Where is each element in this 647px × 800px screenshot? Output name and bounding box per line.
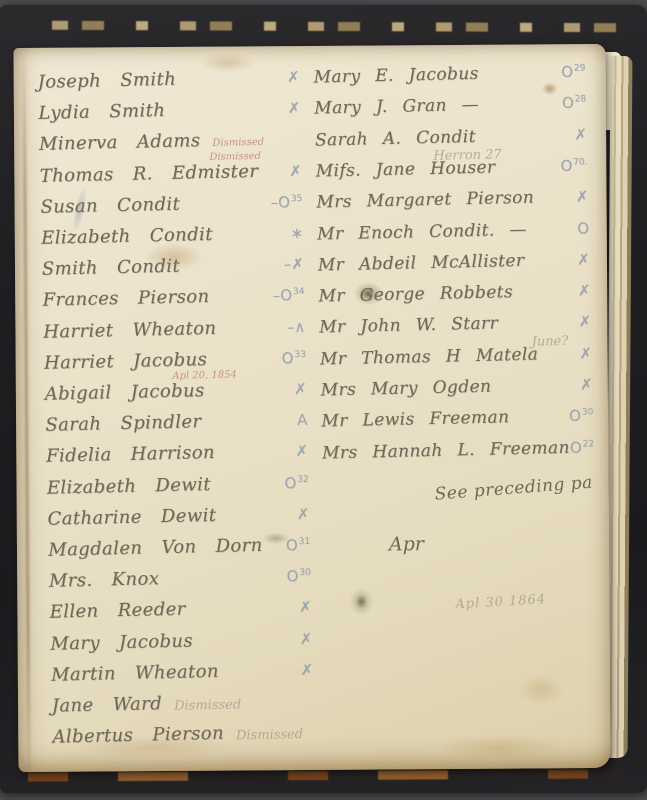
tally-mark: ✗ [579, 344, 592, 362]
person-name: Mary J. Gran — [314, 95, 479, 119]
register-row: Mr Abdeil McAllister✗ [318, 249, 591, 282]
register-row: Mifs. Jane HouserHerron 27O70. [315, 155, 588, 188]
person-name: Mrs Mary Ogden [320, 377, 491, 401]
person-name: Mr Thomas H Matela [320, 344, 539, 369]
tally-mark: O29 [561, 62, 586, 81]
person-name: Mr George Robbets [318, 282, 513, 306]
tally-mark: O22 [570, 438, 595, 457]
register-row: Mrs Margaret Pierson✗ [316, 187, 589, 220]
person-name: Mr John W. Starr [319, 314, 498, 338]
person-name: Mary E. Jacobus [313, 64, 479, 88]
register-page: Joseph Smith✗Lydia Smith✗Minerva AdamsDi… [13, 44, 610, 772]
tally-mark: ✗ [576, 188, 589, 206]
register-row: Mr Thomas H MatelaJune?✗ [320, 343, 593, 376]
worn-gilt-top-edge [52, 21, 625, 33]
tally-mark: O70. [560, 156, 588, 175]
tally-mark: ✗ [578, 281, 591, 299]
register-row: Mrs Hannah L. FreemanO22 [322, 437, 595, 470]
tally-mark: O30 [569, 407, 594, 426]
apr-note: Apr [389, 533, 424, 555]
tally-mark: ✗ [577, 250, 590, 268]
person-name: Mr Enoch Condit. — [317, 219, 527, 244]
pencil-annotation: June? [531, 334, 568, 350]
tally-mark: O [577, 219, 589, 237]
register-row: Mary J. Gran —O28 [314, 93, 587, 126]
person-name: Mrs Margaret Pierson [316, 188, 534, 213]
person-name: Mr Abdeil McAllister [318, 251, 525, 276]
right-name-column: Mary E. JacobusO29Mary J. Gran —O28Sarah… [13, 35, 621, 772]
person-name: Sarah A. Condit [315, 127, 476, 151]
pencil-annotation: Herron 27 [433, 147, 502, 164]
register-row: Mr Lewis FreemanO30 [321, 406, 594, 439]
register-row: Mary E. JacobusO29 [313, 61, 586, 94]
register-row: Mrs Mary Ogden✗ [320, 374, 593, 407]
person-name: Mr Lewis Freeman [321, 408, 509, 432]
register-row: Mr George Robbets✗ [318, 280, 591, 313]
tally-mark: O28 [562, 94, 587, 113]
register-row: Mr Enoch Condit. —O [317, 218, 590, 251]
tally-mark: ✗ [574, 125, 587, 143]
person-name: Mrs Hannah L. Freeman [322, 437, 570, 463]
tally-mark: ✗ [578, 313, 591, 331]
tally-mark: ✗ [580, 375, 593, 393]
